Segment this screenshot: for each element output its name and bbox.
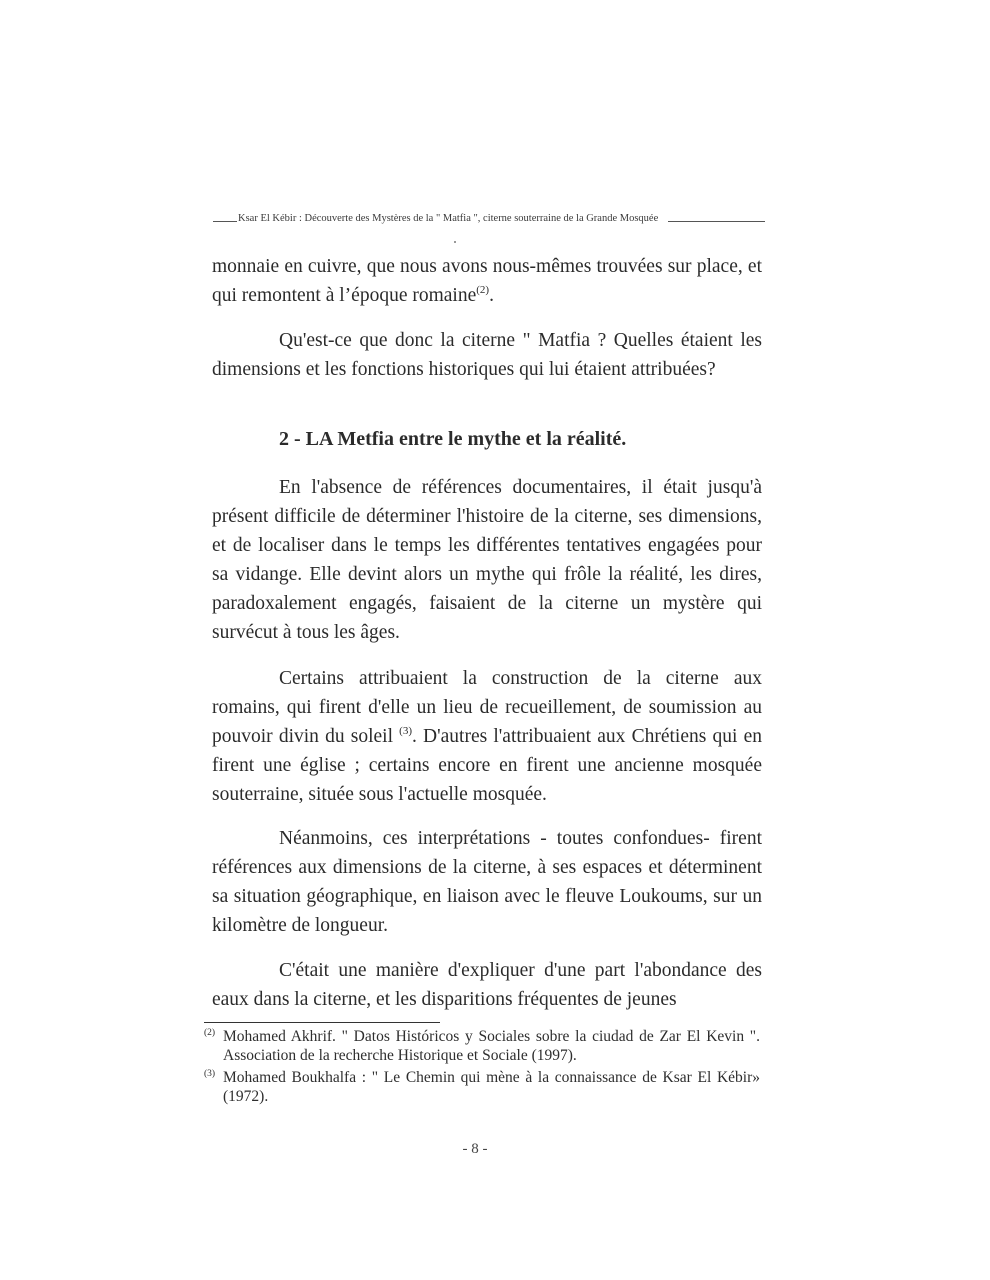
- paragraph-1-end: .: [489, 285, 494, 306]
- paragraph-5-text: Néanmoins, ces interprétations - toutes …: [212, 824, 762, 940]
- footnote-ref-2: (2): [476, 284, 489, 296]
- running-header: Ksar El Kébir : Découverte des Mystères …: [213, 213, 765, 224]
- paragraph-6: C'était une manière d'expliquer d'une pa…: [212, 956, 762, 1014]
- footnote-mark: (3): [204, 1068, 223, 1106]
- paragraph-4: Certains attribuaient la construction de…: [212, 664, 762, 809]
- header-rule-left: [213, 221, 237, 222]
- footnote-3: (3) Mohamed Boukhalfa : " Le Chemin qui …: [204, 1068, 760, 1106]
- section-heading: 2 - LA Metfia entre le mythe et la réali…: [279, 428, 626, 451]
- running-title: Ksar El Kébir : Découverte des Mystères …: [238, 213, 658, 224]
- paragraph-1-text: monnaie en cuivre, que nous avons nous-m…: [212, 256, 762, 306]
- paragraph-6-text: C'était une manière d'expliquer d'une pa…: [212, 956, 762, 1014]
- paragraph-2-text: Qu'est-ce que donc la citerne " Matfia ?…: [212, 326, 762, 384]
- paragraph-3: En l'absence de références documentaires…: [212, 473, 762, 647]
- header-rule-right: [668, 221, 765, 222]
- paragraph-2: Qu'est-ce que donc la citerne " Matfia ?…: [212, 326, 762, 384]
- footnote-separator: [204, 1022, 440, 1023]
- scan-artifact: [454, 241, 456, 243]
- footnote-mark: (2): [204, 1027, 223, 1065]
- footnote-ref-3: (3): [399, 725, 412, 737]
- paragraph-3-text: En l'absence de références documentaires…: [212, 473, 762, 647]
- page-number: - 8 -: [0, 1141, 950, 1158]
- footnotes: (2) Mohamed Akhrif. " Datos Históricos y…: [204, 1027, 760, 1109]
- paragraph-1: monnaie en cuivre, que nous avons nous-m…: [212, 252, 762, 310]
- footnote-text: Mohamed Akhrif. " Datos Históricos y Soc…: [223, 1027, 760, 1065]
- paragraph-5: Néanmoins, ces interprétations - toutes …: [212, 824, 762, 940]
- footnote-2: (2) Mohamed Akhrif. " Datos Históricos y…: [204, 1027, 760, 1065]
- footnote-text: Mohamed Boukhalfa : " Le Chemin qui mène…: [223, 1068, 760, 1106]
